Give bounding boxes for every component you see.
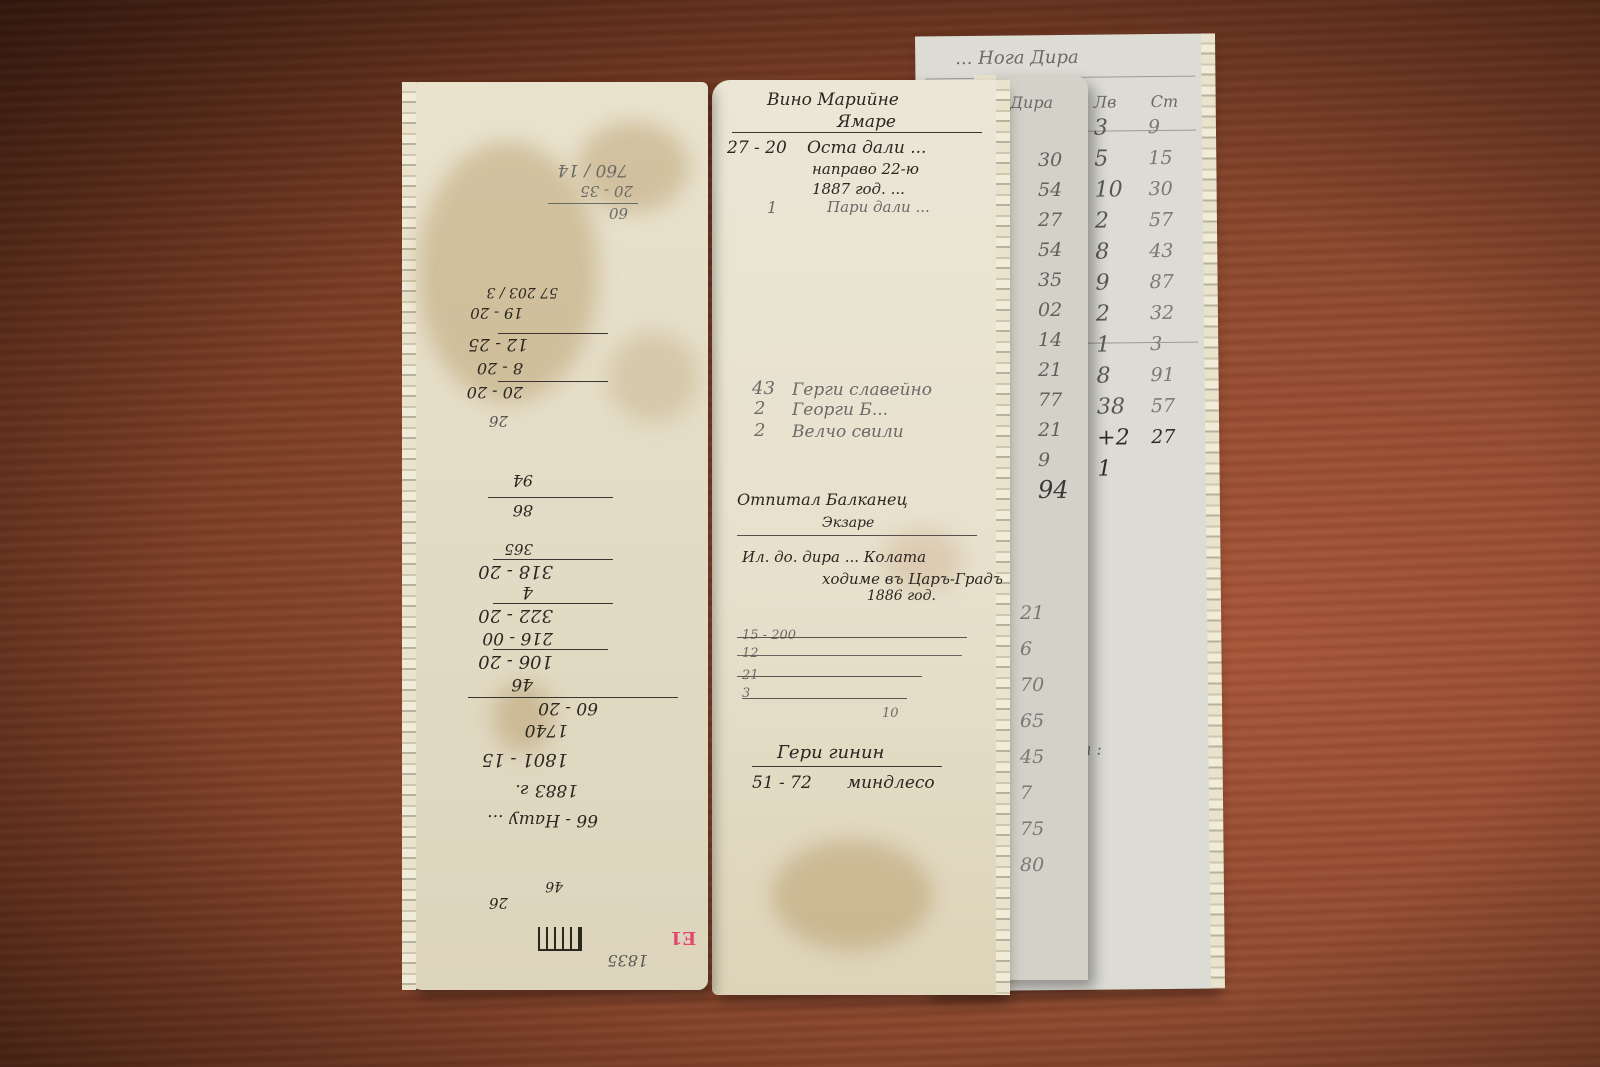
entry-text: ходиме въ Царъ-Градъ [822,570,1003,588]
left-line: 1801 - 15 [482,749,568,770]
left-line: 26 [489,412,508,430]
left-notebook-text: 1835 26 46 66 - Нашу ... 1883 г. 1801 - … [408,82,708,990]
right-column-b: 3 5 10 2 8 9 2 1 8 38 +2 1 [1094,112,1138,484]
right-header-dira: Дира [1010,93,1053,112]
left-line: 26 [489,894,508,912]
left-line: 4 [522,582,533,602]
left-line: 94 [513,471,533,490]
left-line: 20 - 20 [467,383,523,402]
middle-notebook: Вино Марийне Ямаре 27 - 20 Оста дали ...… [712,80,1002,995]
left-line: 66 - Нашу ... [487,810,598,830]
left-line: 46 [545,878,563,894]
entry-text: Экзаре [822,515,874,531]
middle-header-line1: Вино Марийне [767,90,899,110]
right-column-a-lower: 21 6 70 65 45 7 75 80 [1020,595,1064,883]
left-line: 760 / 14 [557,160,628,180]
left-line: 1883 г. [515,780,578,800]
entry-text: направо 22-ю [812,160,919,178]
entry-amount: 15 - 200 [742,628,796,643]
left-notebook: 1835 26 46 66 - Нашу ... 1883 г. 1801 - … [408,82,708,990]
left-line: 322 - 20 [478,605,553,626]
entry-text: Георги Б... [792,400,888,420]
right-header-lv: Лв [1094,92,1117,111]
entry-text: миндлесо [847,773,935,793]
sketch-drawing [538,927,582,951]
entry-amount: 1 [767,198,777,217]
entry-text: 1886 год. [867,588,936,604]
left-line: 60 [609,204,628,222]
left-line: 20 - 35 [580,182,633,200]
left-line: 1835 [607,951,648,970]
entry-text: Герги славейно [792,380,932,400]
right-header-st: Ст [1151,92,1179,111]
left-line: 19 - 20 [470,304,523,322]
left-line: 106 - 20 [478,651,553,672]
left-line: 318 - 20 [478,561,553,582]
entry-text: Велчо свили [792,422,904,442]
left-line: 365 [504,540,533,558]
entry-text: Оста дали ... [807,138,926,158]
entry-amount: 43 [752,378,775,399]
left-line: 57 203 / 3 [486,284,558,300]
entry-amount: 51 - 72 [752,773,812,793]
entry-text: Ил. до. дира ... Колата [742,548,926,566]
middle-header-line2: Ямаре [837,112,896,132]
entry-amount: 2 [754,420,765,441]
left-line: 86 [513,501,533,520]
entry-text: 1887 год. ... [812,180,905,198]
entry-amount: 2 [754,398,765,419]
left-line: 216 - 00 [482,628,553,648]
entry-amount: 10 [882,706,899,721]
left-line: 12 - 25 [468,334,528,354]
right-column-a: 30 54 27 54 35 02 14 21 77 21 9 94 [1038,145,1082,505]
entry-text: Гери гинин [777,742,884,763]
red-label-mark: Е1 [670,927,696,948]
left-line: 1740 [525,720,568,740]
left-line: 8 - 20 [477,359,523,378]
left-line: 60 - 20 [538,698,598,718]
left-line: 46 [511,674,533,694]
entry-amount: 12 [742,646,759,661]
right-column-c: 9 15 30 57 43 87 32 3 91 57 27 [1148,112,1202,454]
entry-text: Отпитал Балканец [737,490,908,509]
entry-text: Пари дали ... [827,198,930,216]
right-header: ... Нога Дира [955,47,1079,69]
entry-amount: 27 - 20 [727,138,787,158]
